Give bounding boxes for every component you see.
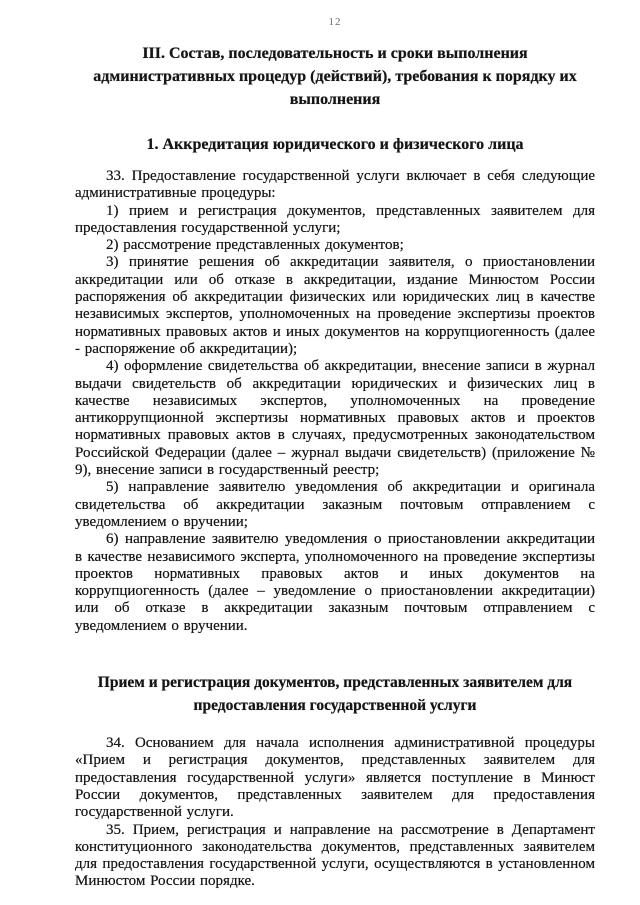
paragraph: 4) оформление свидетельства об аккредита… — [75, 358, 595, 479]
paragraph: 33. Предоставление государственной услуг… — [75, 168, 595, 203]
paragraph: 2) рассмотрение представленных документо… — [75, 237, 595, 254]
section-heading: III. Состав, последовательность и сроки … — [75, 42, 595, 111]
procedure-heading: Прием и регистрация документов, представ… — [85, 671, 585, 717]
paragraph-block-bottom: 34. Основанием для начала исполнения адм… — [75, 735, 595, 891]
paragraph: 5) направление заявителю уведомления об … — [75, 479, 595, 531]
paragraph: 35. Прием, регистрация и направление на … — [75, 822, 595, 891]
paragraph: 34. Основанием для начала исполнения адм… — [75, 735, 595, 821]
paragraph-block-top: 33. Предоставление государственной услуг… — [75, 168, 595, 635]
page-number: 12 — [75, 16, 595, 28]
paragraph: 6) направление заявителю уведомления о п… — [75, 531, 595, 635]
paragraph: 3) принятие решения об аккредитации заяв… — [75, 254, 595, 358]
paragraph: 1) прием и регистрация документов, предс… — [75, 203, 595, 238]
subsection-heading: 1. Аккредитация юридического и физическо… — [75, 133, 595, 156]
document-page: 12 III. Состав, последовательность и сро… — [0, 0, 640, 905]
